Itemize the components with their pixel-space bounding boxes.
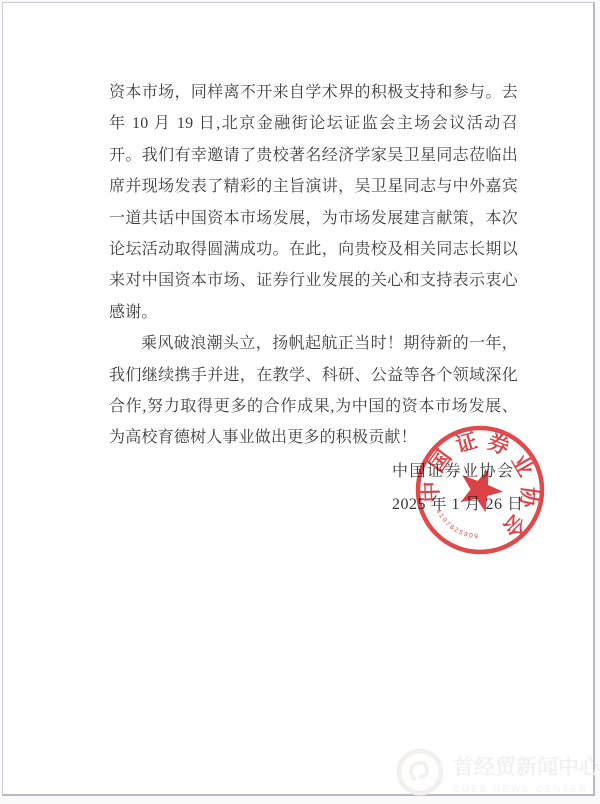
letter-page: 资本市场，同样离不开来自学术界的积极支持和参与。去年 10 月 19 日,北京金… bbox=[2, 2, 595, 796]
seal-ring-char: 会 bbox=[498, 509, 530, 541]
seal-ring-char: 协 bbox=[515, 485, 542, 510]
watermark-text: 首经贸新闻中心 CUEB NEWS CENTER bbox=[453, 746, 600, 795]
seal-ring-char: 中 bbox=[419, 481, 444, 503]
watermark-latin-text: CUEB NEWS CENTER bbox=[453, 783, 600, 795]
watermark-cjk-text: 首经贸新闻中心 bbox=[453, 755, 600, 781]
seal-ring-char: 证 bbox=[453, 429, 480, 457]
letter-paragraph: 资本市场，同样离不开来自学术界的积极支持和参与。去年 10 月 19 日,北京金… bbox=[109, 77, 518, 328]
watermark: 首经贸新闻中心 CUEB NEWS CENTER bbox=[395, 746, 600, 798]
official-seal-stamp: 中 国 证 券 业 协 会 4107825909 bbox=[410, 420, 550, 560]
watermark-logo-icon bbox=[395, 746, 445, 798]
star-icon bbox=[453, 460, 509, 515]
letter-body: 资本市场，同样离不开来自学术界的积极支持和参与。去年 10 月 19 日,北京金… bbox=[109, 77, 518, 454]
